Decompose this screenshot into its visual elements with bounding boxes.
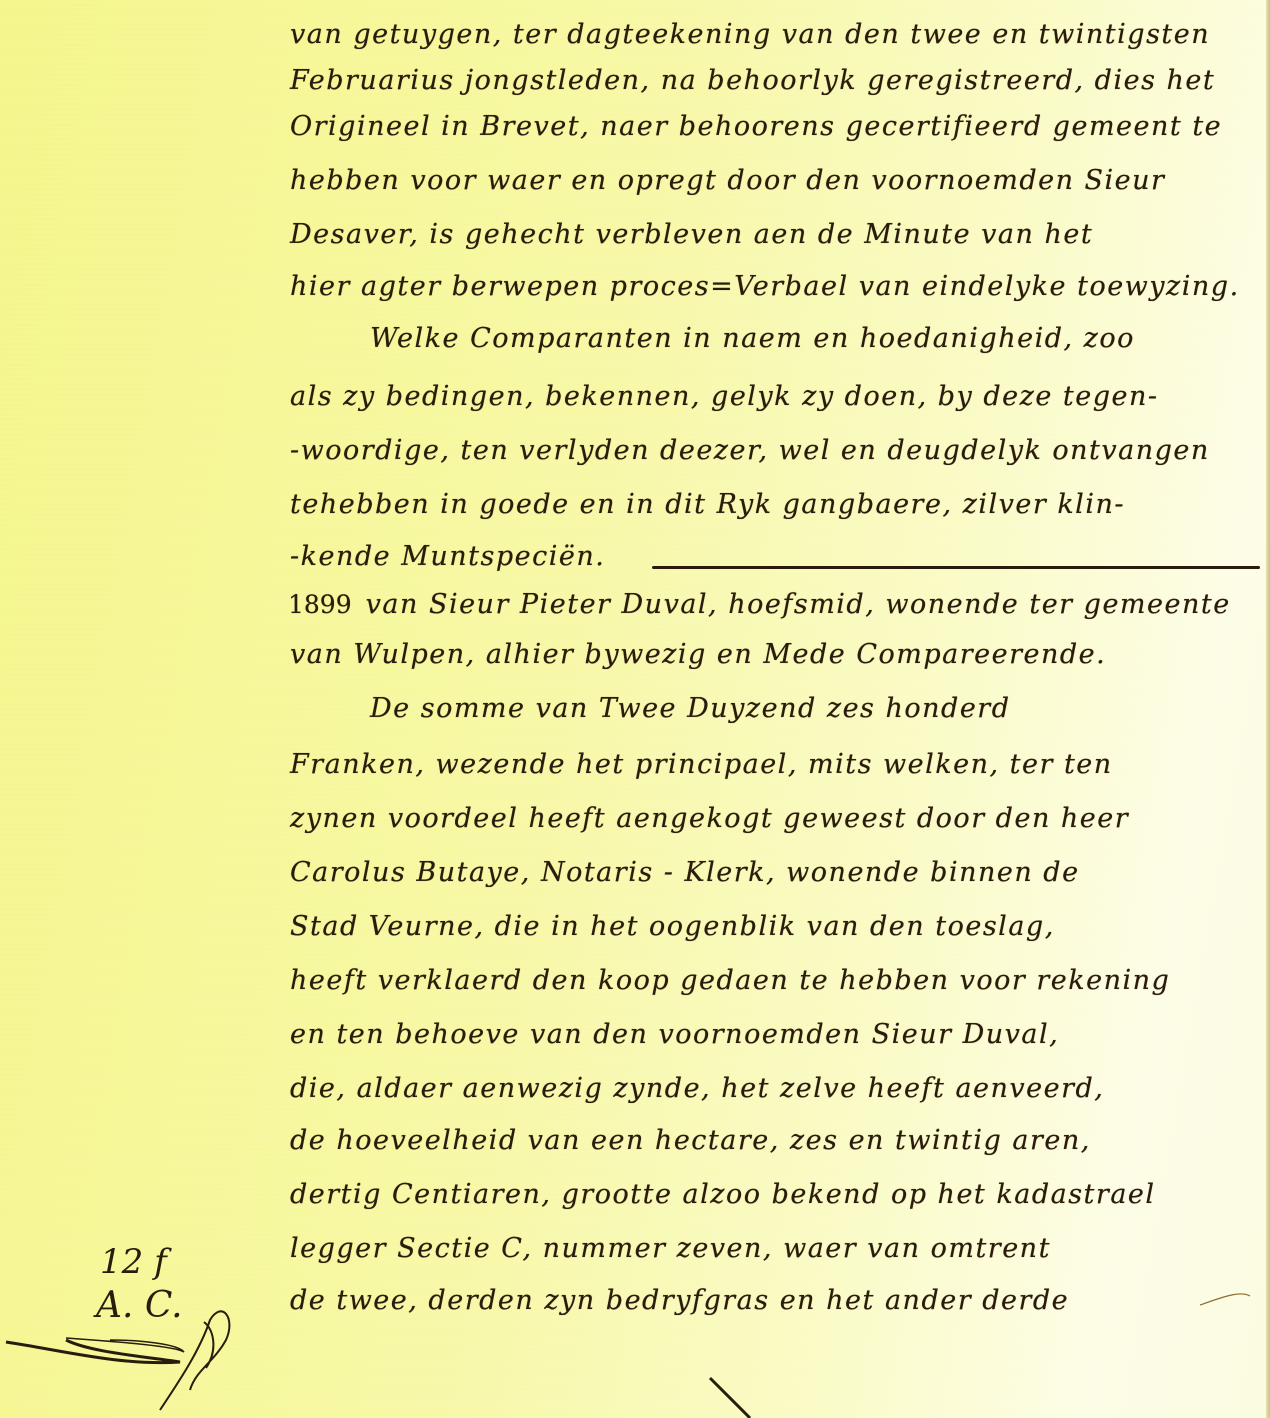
text-line: heeft verklaerd den koop gedaen te hebbe… xyxy=(290,960,1260,1002)
text-line: -kende Muntspeciën. xyxy=(290,536,1260,578)
paragraph-start-line: Welke Comparanten in naem en hoedanighei… xyxy=(370,318,1260,360)
text-line: Desaver, is gehecht verbleven aen de Min… xyxy=(290,214,1260,256)
text-line: -woordige, ten verlyden deezer, wel en d… xyxy=(290,430,1260,472)
text-line: legger Sectie C, nummer zeven, waer van … xyxy=(290,1228,1260,1270)
text-line: als zy bedingen, bekennen, gelyk zy doen… xyxy=(290,376,1260,418)
margin-fee: 12 f xyxy=(100,1240,183,1284)
text-line: de twee, derden zyn bedryfgras en het an… xyxy=(290,1280,1260,1322)
text-line: tehebben in goede en in dit Ryk gangbaer… xyxy=(290,484,1260,526)
entry-text: van Sieur Pieter Duval, hoefsmid, wonend… xyxy=(366,589,1231,620)
text-line: van Wulpen, alhier bywezig en Mede Compa… xyxy=(290,634,1260,676)
text-line: van getuygen, ter dagteekening van den t… xyxy=(290,14,1260,56)
margin-initials: A. C. xyxy=(96,1284,183,1328)
page-edge xyxy=(1266,0,1270,1418)
text-line: die, aldaer aenwezig zynde, het zelve he… xyxy=(290,1068,1260,1110)
entry-line: 1899van Sieur Pieter Duval, hoefsmid, wo… xyxy=(288,584,1258,626)
text-line: dertig Centiaren, grootte alzoo bekend o… xyxy=(290,1174,1260,1216)
text-line: Februarius jongstleden, na behoorlyk ger… xyxy=(290,60,1260,102)
text-line: Stad Veurne, die in het oogenblik van de… xyxy=(290,906,1260,948)
end-of-paragraph-rule xyxy=(652,566,1260,569)
text-line: hier agter berwepen proces=Verbael van e… xyxy=(290,266,1260,308)
text-line: hebben voor waer en opregt door den voor… xyxy=(290,160,1260,202)
paragraph-start-line: De somme van Twee Duyzend zes honderd xyxy=(370,688,1260,730)
text-line: Franken, wezende het principael, mits we… xyxy=(290,744,1260,786)
document-page: van getuygen, ter dagteekening van den t… xyxy=(0,0,1270,1418)
text-line: de hoeveelheid van een hectare, zes en t… xyxy=(290,1120,1260,1162)
text-line: Carolus Butaye, Notaris - Klerk, wonende… xyxy=(290,852,1260,894)
margin-annotation: 12 f A. C. xyxy=(96,1240,183,1328)
marginal-number: 1899 xyxy=(288,590,352,619)
text-line: zynen voordeel heeft aengekogt geweest d… xyxy=(290,798,1260,840)
text-line: en ten behoeve van den voornoemden Sieur… xyxy=(290,1014,1260,1056)
text-line: Origineel in Brevet, naer behoorens gece… xyxy=(290,106,1260,148)
